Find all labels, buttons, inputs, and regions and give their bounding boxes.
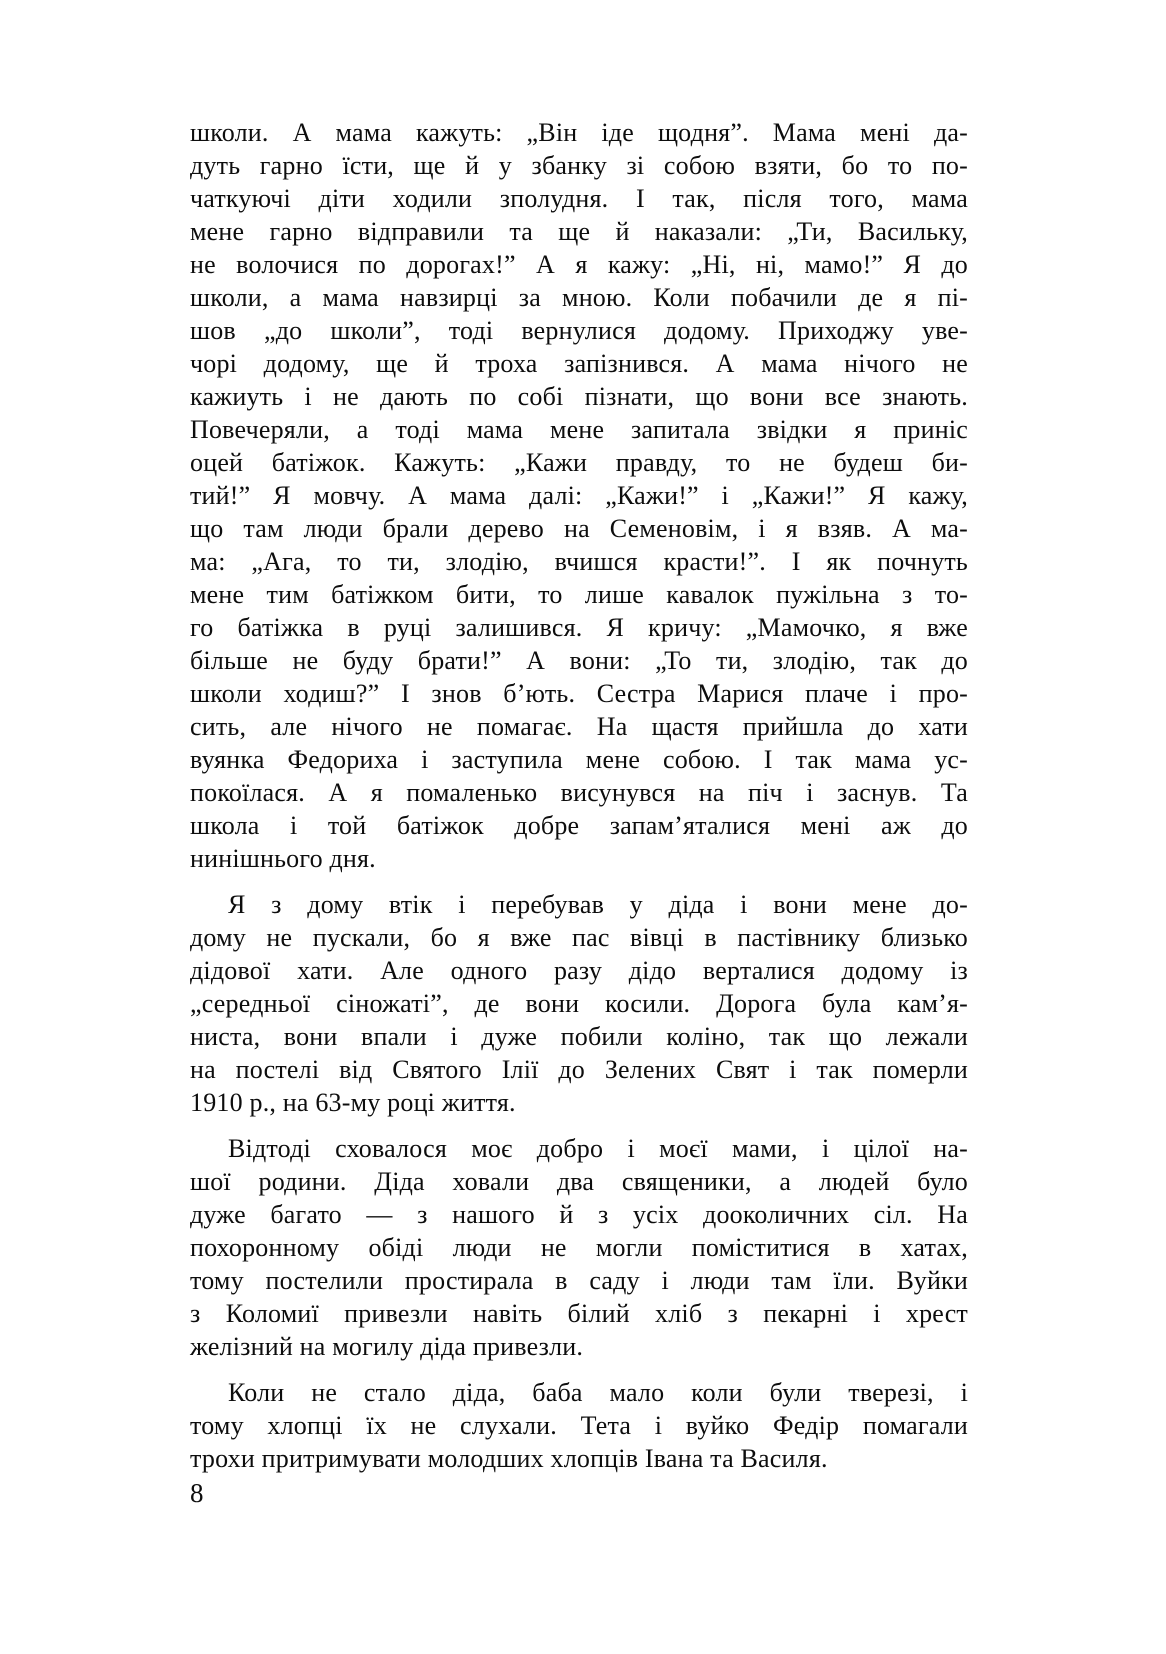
text-line: що там люди брали дерево на Семеновім, і… bbox=[190, 512, 968, 545]
text-line: вуянка Федориха і заступила мене собою. … bbox=[190, 743, 968, 776]
text-line: го батіжка в руці залишився. Я кричу: „М… bbox=[190, 611, 968, 644]
text-line: школа і той батіжок добре запам’яталися … bbox=[190, 809, 968, 842]
text-line: ма: „Ага, то ти, злодію, вчишся красти!”… bbox=[190, 545, 968, 578]
text-line: желізний на могилу діда привезли. bbox=[190, 1330, 968, 1363]
text-line: більше не буду брати!” А вони: „То ти, з… bbox=[190, 644, 968, 677]
text-line: 1910 р., на 63-му році життя. bbox=[190, 1086, 968, 1119]
text-line: сить, але нічого не помагає. На щастя пр… bbox=[190, 710, 968, 743]
text-line: Я з дому втік і перебував у діда і вони … bbox=[190, 888, 968, 921]
text-line: школи, а мама навзирці за мною. Коли поб… bbox=[190, 281, 968, 314]
text-block: школи. А мама кажуть: „Він іде щодня”. М… bbox=[190, 116, 968, 1475]
text-line: „середньої сіножаті”, де вони косили. До… bbox=[190, 987, 968, 1020]
text-line: мене гарно відправили та ще й наказали: … bbox=[190, 215, 968, 248]
text-line: нинішнього дня. bbox=[190, 842, 968, 875]
book-page: школи. А мама кажуть: „Він іде щодня”. М… bbox=[0, 0, 1166, 1654]
text-line: школи ходиш?” І знов б’ють. Сестра Марис… bbox=[190, 677, 968, 710]
text-line: школи. А мама кажуть: „Він іде щодня”. М… bbox=[190, 116, 968, 149]
text-line: Повечеряли, а тоді мама мене запитала зв… bbox=[190, 413, 968, 446]
text-line: дому не пускали, бо я вже пас вівці в па… bbox=[190, 921, 968, 954]
text-line: оцей батіжок. Кажуть: „Кажи правду, то н… bbox=[190, 446, 968, 479]
text-line: мене тим батіжком бити, то лише кавалок … bbox=[190, 578, 968, 611]
text-line: похоронному обіді люди не могли помістит… bbox=[190, 1231, 968, 1264]
text-line: тому хлопці їх не слухали. Тета і вуйко … bbox=[190, 1409, 968, 1442]
paragraph-4: Коли не стало діда, баба мало коли були … bbox=[190, 1376, 968, 1475]
text-line: тому постелили простирала в саду і люди … bbox=[190, 1264, 968, 1297]
paragraph-2: Я з дому втік і перебував у діда і вони … bbox=[190, 888, 968, 1119]
text-line: дуже багато — з нашого й з усіх дооколич… bbox=[190, 1198, 968, 1231]
text-line: Відтоді сховалося моє добро і моєї мами,… bbox=[190, 1132, 968, 1165]
text-line: трохи притримувати молодших хлопців Іван… bbox=[190, 1442, 968, 1475]
text-line: Коли не стало діда, баба мало коли були … bbox=[190, 1376, 968, 1409]
text-line: ниста, вони впали і дуже побили коліно, … bbox=[190, 1020, 968, 1053]
text-line: дідової хати. Але одного разу дідо верта… bbox=[190, 954, 968, 987]
text-line: чаткуючі діти ходили зполудня. І так, пі… bbox=[190, 182, 968, 215]
page-number: 8 bbox=[190, 1477, 204, 1510]
paragraph-1: школи. А мама кажуть: „Він іде щодня”. М… bbox=[190, 116, 968, 875]
text-line: шої родини. Діда ховали два священики, а… bbox=[190, 1165, 968, 1198]
text-line: з Коломиї привезли навіть білий хліб з п… bbox=[190, 1297, 968, 1330]
text-line: на постелі від Святого Ілії до Зелених С… bbox=[190, 1053, 968, 1086]
text-line: покоїлася. А я помаленько висунувся на п… bbox=[190, 776, 968, 809]
text-line: чорі додому, ще й троха запізнився. А ма… bbox=[190, 347, 968, 380]
paragraph-3: Відтоді сховалося моє добро і моєї мами,… bbox=[190, 1132, 968, 1363]
text-line: шов „до школи”, тоді вернулися додому. П… bbox=[190, 314, 968, 347]
text-line: дуть гарно їсти, ще й у збанку зі собою … bbox=[190, 149, 968, 182]
text-line: тий!” Я мовчу. А мама далі: „Кажи!” і „К… bbox=[190, 479, 968, 512]
text-line: кажиуть і не дають по собі пізнати, що в… bbox=[190, 380, 968, 413]
text-line: не волочися по дорогах!” А я кажу: „Ні, … bbox=[190, 248, 968, 281]
